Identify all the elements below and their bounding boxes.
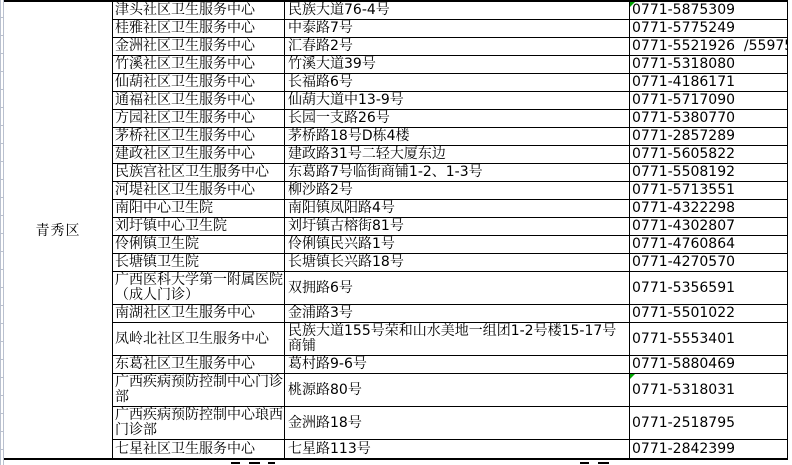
facility-name-cell[interactable]: 伶俐镇卫生院 <box>113 236 285 253</box>
facility-name-cell[interactable]: 竹溪社区卫生服务中心 <box>113 56 285 73</box>
table-row: 凤岭北社区卫生服务中心 民族大道155号荣和山水美地一组团1-2号楼15-17号… <box>113 323 787 356</box>
phone-cell[interactable]: 0771-2518795 <box>630 407 787 439</box>
phone-cell[interactable]: 0771-2857289 <box>630 128 787 145</box>
table-row: 东葛社区卫生服务中心 葛村路9-6号 0771-5880469 <box>113 356 787 374</box>
table-row: 南湖社区卫生服务中心 金浦路3号 0771-5501022 <box>113 305 787 323</box>
table-row: 桂雅社区卫生服务中心 中泰路7号 0771-5775249 <box>113 20 787 38</box>
phone-cell[interactable]: 0771-4270570 <box>630 254 787 271</box>
phone-cell[interactable]: 0771-5717090 <box>630 92 787 109</box>
phone-cell[interactable]: 0771-2842399 <box>630 440 787 458</box>
address-cell[interactable]: 茅桥路18号D栋4楼 <box>285 128 630 145</box>
health-centers-table: 青秀区 津头社区卫生服务中心 民族大道76-4号 0771-5875309 桂雅… <box>4 0 788 460</box>
phone-cell[interactable]: 0771-5875309 <box>630 2 787 19</box>
address-cell[interactable]: 长塘镇长兴路18号 <box>285 254 630 271</box>
facility-name-cell[interactable]: 桂雅社区卫生服务中心 <box>113 20 285 37</box>
phone-cell[interactable]: 0771-5318080 <box>630 56 787 73</box>
facility-name-cell[interactable]: 南湖社区卫生服务中心 <box>113 305 285 322</box>
table-row: 刘圩镇中心卫生院 刘圩镇古榕街81号 0771-4302807 <box>113 218 787 236</box>
phone-cell[interactable]: 0771-5775249 <box>630 20 787 37</box>
address-cell[interactable]: 金洲路18号 <box>285 407 630 439</box>
facility-name-cell[interactable]: 津头社区卫生服务中心 <box>113 2 285 19</box>
address-cell[interactable]: 建政路31号二轻大厦东边 <box>285 146 630 163</box>
facility-name-cell[interactable]: 仙葫社区卫生服务中心 <box>113 74 285 91</box>
table-row: 金洲社区卫生服务中心 汇春路2号 0771-5521926 /5597529 <box>113 38 787 56</box>
address-cell[interactable]: 金浦路3号 <box>285 305 630 322</box>
table-row: 仙葫社区卫生服务中心 长福路6号 0771-4186171 <box>113 74 787 92</box>
phone-cell[interactable]: 0771-4302807 <box>630 218 787 235</box>
clipped-next-row-text <box>598 462 609 464</box>
table-row: 河堤社区卫生服务中心 柳沙路2号 0771-5713551 <box>113 182 787 200</box>
facility-name-cell[interactable]: 建政社区卫生服务中心 <box>113 146 285 163</box>
facility-name-cell[interactable]: 金洲社区卫生服务中心 <box>113 38 285 55</box>
table-row: 茅桥社区卫生服务中心 茅桥路18号D栋4楼 0771-2857289 <box>113 128 787 146</box>
address-cell[interactable]: 长福路6号 <box>285 74 630 91</box>
facility-name-cell[interactable]: 通福社区卫生服务中心 <box>113 92 285 109</box>
address-cell[interactable]: 中泰路7号 <box>285 20 630 37</box>
facility-name-cell[interactable]: 刘圩镇中心卫生院 <box>113 218 285 235</box>
phone-cell[interactable]: 0771-5508192 <box>630 164 787 181</box>
clipped-next-row-text <box>268 462 275 464</box>
error-indicator-icon <box>630 2 635 7</box>
phone-cell[interactable]: 0771-5521926 /5597529 <box>630 38 787 55</box>
address-cell[interactable]: 长园一支路26号 <box>285 110 630 127</box>
table-row: 广西疾病预防控制中心门诊部 桃源路80号 0771-5318031 <box>113 374 787 407</box>
phone-cell[interactable]: 0771-5553401 <box>630 323 787 355</box>
phone-cell[interactable]: 0771-5713551 <box>630 182 787 199</box>
table-row: 南阳中心卫生院 南阳镇凤阳路4号 0771-4322298 <box>113 200 787 218</box>
facility-name-cell[interactable]: 民族宫社区卫生服务中心 <box>113 164 285 181</box>
clipped-next-row-text <box>580 462 589 464</box>
table-row: 竹溪社区卫生服务中心 竹溪大道39号 0771-5318080 <box>113 56 787 74</box>
table-row: 民族宫社区卫生服务中心 东葛路7号临街商铺1-2、1-3号 0771-55081… <box>113 164 787 182</box>
clipped-next-row-text <box>231 462 240 464</box>
table-row: 方园社区卫生服务中心 长园一支路26号 0771-5380770 <box>113 110 787 128</box>
phone-cell[interactable]: 0771-5356591 <box>630 272 787 304</box>
table-rows: 津头社区卫生服务中心 民族大道76-4号 0771-5875309 桂雅社区卫生… <box>113 2 787 458</box>
phone-cell[interactable]: 0771-5880469 <box>630 356 787 373</box>
clipped-next-row-text <box>249 462 260 464</box>
address-cell[interactable]: 民族大道76-4号 <box>285 2 630 19</box>
address-cell[interactable]: 刘圩镇古榕街81号 <box>285 218 630 235</box>
address-cell[interactable]: 仙葫大道中13-9号 <box>285 92 630 109</box>
table-row: 广西疾病预防控制中心琅西门诊部 金洲路18号 0771-2518795 <box>113 407 787 440</box>
facility-name-cell[interactable]: 广西医科大学第一附属医院（成人门诊） <box>113 272 285 304</box>
facility-name-cell[interactable]: 茅桥社区卫生服务中心 <box>113 128 285 145</box>
facility-name-cell[interactable]: 凤岭北社区卫生服务中心 <box>113 323 285 355</box>
address-cell[interactable]: 东葛路7号临街商铺1-2、1-3号 <box>285 164 630 181</box>
table-row: 津头社区卫生服务中心 民族大道76-4号 0771-5875309 <box>113 2 787 20</box>
phone-cell[interactable]: 0771-5501022 <box>630 305 787 322</box>
facility-name-cell[interactable]: 方园社区卫生服务中心 <box>113 110 285 127</box>
facility-name-cell[interactable]: 南阳中心卫生院 <box>113 200 285 217</box>
address-cell[interactable]: 葛村路9-6号 <box>285 356 630 373</box>
phone-cell[interactable]: 0771-5380770 <box>630 110 787 127</box>
address-cell[interactable]: 双拥路6号 <box>285 272 630 304</box>
facility-name-cell[interactable]: 长塘镇卫生院 <box>113 254 285 271</box>
facility-name-cell[interactable]: 广西疾病预防控制中心琅西门诊部 <box>113 407 285 439</box>
phone-cell[interactable]: 0771-4186171 <box>630 74 787 91</box>
district-merged-cell[interactable]: 青秀区 <box>4 2 113 458</box>
table-row: 七星社区卫生服务中心 七星路113号 0771-2842399 <box>113 440 787 458</box>
facility-name-cell[interactable]: 广西疾病预防控制中心门诊部 <box>113 374 285 406</box>
address-cell[interactable]: 七星路113号 <box>285 440 630 458</box>
phone-cell[interactable]: 0771-4322298 <box>630 200 787 217</box>
address-cell[interactable]: 汇春路2号 <box>285 38 630 55</box>
phone-cell[interactable]: 0771-5318031 <box>630 374 787 406</box>
error-indicator-icon <box>630 374 635 379</box>
facility-name-cell[interactable]: 东葛社区卫生服务中心 <box>113 356 285 373</box>
table-row: 通福社区卫生服务中心 仙葫大道中13-9号 0771-5717090 <box>113 92 787 110</box>
table-row: 建政社区卫生服务中心 建政路31号二轻大厦东边 0771-5605822 <box>113 146 787 164</box>
address-cell[interactable]: 桃源路80号 <box>285 374 630 406</box>
address-cell[interactable]: 民族大道155号荣和山水美地一组团1-2号楼15-17号商铺 <box>285 323 630 355</box>
address-cell[interactable]: 竹溪大道39号 <box>285 56 630 73</box>
table-row: 长塘镇卫生院 长塘镇长兴路18号 0771-4270570 <box>113 254 787 272</box>
table-row: 伶俐镇卫生院 伶俐镇民兴路1号 0771-4760864 <box>113 236 787 254</box>
address-cell[interactable]: 南阳镇凤阳路4号 <box>285 200 630 217</box>
table-row: 广西医科大学第一附属医院（成人门诊） 双拥路6号 0771-5356591 <box>113 272 787 305</box>
address-cell[interactable]: 柳沙路2号 <box>285 182 630 199</box>
address-cell[interactable]: 伶俐镇民兴路1号 <box>285 236 630 253</box>
spreadsheet-viewport: 青秀区 津头社区卫生服务中心 民族大道76-4号 0771-5875309 桂雅… <box>0 0 792 465</box>
phone-cell[interactable]: 0771-5605822 <box>630 146 787 163</box>
phone-cell[interactable]: 0771-4760864 <box>630 236 787 253</box>
facility-name-cell[interactable]: 七星社区卫生服务中心 <box>113 440 285 458</box>
facility-name-cell[interactable]: 河堤社区卫生服务中心 <box>113 182 285 199</box>
